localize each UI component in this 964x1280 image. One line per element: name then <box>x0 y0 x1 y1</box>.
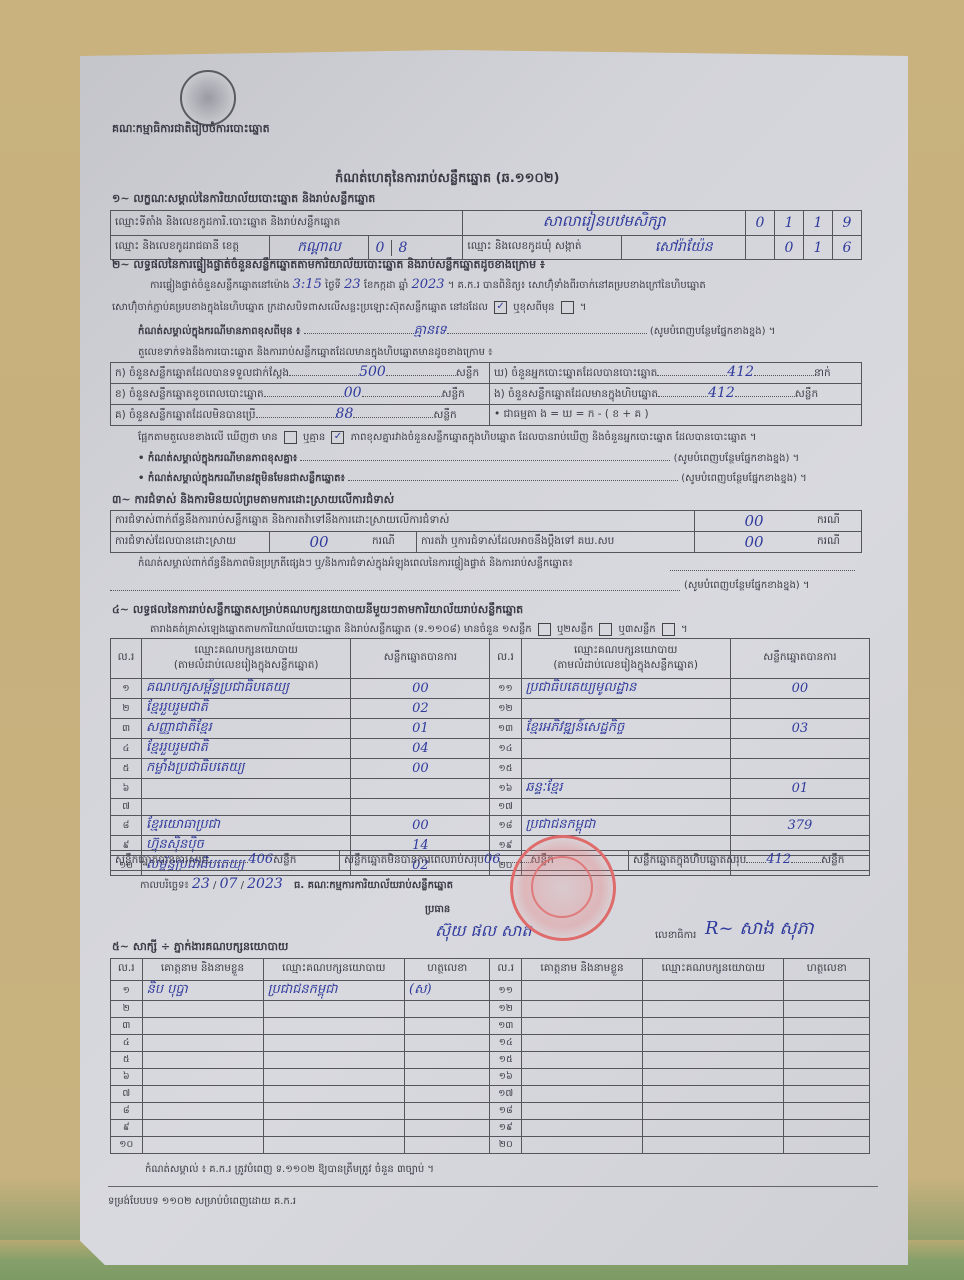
row-number: ៨ <box>111 816 142 836</box>
spoiled-ballots-value: 00 <box>344 385 362 401</box>
table-row: ៣១៣ <box>111 1018 870 1035</box>
table-row: ៧១៧ <box>111 799 870 816</box>
party-name: ប្រជាធិបតេយ្យមូលដ្ឋាន <box>521 679 730 699</box>
witness-party <box>263 1086 404 1103</box>
three-sheet-checkbox[interactable] <box>662 623 675 636</box>
table-row: ៩១៩ <box>111 1120 870 1137</box>
party-name: គណបក្សសម្ព័ន្ធប្រជាធិបតេយ្យ <box>142 679 351 699</box>
row-number: ១ <box>111 679 142 699</box>
footnote: កំណត់សម្គាល់ ៖ គ.ក.រ ត្រូវបំពេញ ទ.១១០២ ឱ… <box>145 1162 434 1177</box>
note-before-value: គ្មានទេ <box>414 323 447 338</box>
objections-table: ការជំទាស់ពាក់ព័ន្ធនឹងការរាប់សន្លឹកឆ្នោត … <box>110 510 862 553</box>
intact-checkbox[interactable]: ✓ <box>494 301 507 314</box>
date-year: 2023 <box>247 876 283 892</box>
party-results-table: ល.រ ឈ្មោះគណបក្សនយោបាយ(តាមលំដាប់លេខរៀងក្ន… <box>110 638 870 876</box>
valid-votes <box>351 779 490 799</box>
valid-votes <box>730 759 869 779</box>
witness-party <box>643 1052 784 1069</box>
witness-name <box>142 1001 263 1018</box>
row-number: ១ <box>111 981 143 1001</box>
row-number: ៥ <box>111 1052 143 1069</box>
witness-name <box>522 1086 643 1103</box>
discrepancy-line: ផ្អែកតាមតួលេខខាងលើ ឃើញថា មាន ឬគ្មាន ✓ ភា… <box>138 430 756 445</box>
witness-name <box>142 1052 263 1069</box>
total-invalid-value: 06 <box>484 852 501 867</box>
station-code-digit: 9 <box>833 211 862 236</box>
figures-intro: តួលេខទាក់ទងនឹងការបោះឆ្នោត និងការរាប់សន្ល… <box>138 345 493 360</box>
org-name: គណៈកម្មាធិការជាតិរៀបចំការបោះឆ្នោត <box>112 122 270 138</box>
valid-votes: 00 <box>351 759 490 779</box>
table-row: ៦១៦ឆន្ទៈខ្មែរ01 <box>111 779 870 799</box>
row-number: ១៥ <box>490 1052 522 1069</box>
party-name <box>521 799 730 816</box>
valid-votes: 04 <box>351 739 490 759</box>
irregularities-note: កំណត់សម្គាល់ពាក់ព័ន្ធនឹងភាពមិនប្រក្រតីផ្… <box>138 556 573 571</box>
witness-name <box>522 1001 643 1018</box>
witness-party <box>643 1001 784 1018</box>
witness-name <box>522 1035 643 1052</box>
row-number: ៣ <box>111 719 142 739</box>
election-form-paper: គណៈកម្មាធិការជាតិរៀបចំការបោះឆ្នោត កំណត់ហ… <box>80 50 908 1265</box>
witness-party <box>263 1001 404 1018</box>
row-number: ១២ <box>490 1001 522 1018</box>
witness-name <box>522 1120 643 1137</box>
secretary-signature: R~ សាង សុភា <box>705 916 814 943</box>
station-name: សាលារៀនបឋមសិក្សា <box>463 211 746 236</box>
form-note: ទម្រង់បែបបទ ១១០២ សម្រាប់បំពេញដោយ គ.ក.រ <box>108 1194 296 1209</box>
witness-signature <box>405 1103 490 1120</box>
verification-year: 2023 <box>411 277 444 292</box>
verification-time: 3:15 <box>293 277 322 292</box>
commune-code-digit: 0 <box>775 236 804 260</box>
party-name <box>142 799 351 816</box>
row-number: ១៨ <box>490 1103 522 1120</box>
committee-name: ធ. គណៈកម្មការការិយាល័យរាប់សន្លឹកឆ្នោត <box>294 880 453 891</box>
table-row: ៦១៦ <box>111 1069 870 1086</box>
two-sheet-checkbox[interactable] <box>599 623 612 636</box>
witness-signature <box>405 1001 490 1018</box>
objections-value: 00 <box>695 511 814 532</box>
witness-name <box>142 1086 263 1103</box>
valid-votes: 01 <box>730 779 869 799</box>
witness-party <box>643 981 784 1001</box>
witness-party <box>643 1069 784 1086</box>
section3-heading: ៣~ ការជំទាស់ និងការមិនយល់ព្រមតាមការដោះស្… <box>112 493 394 509</box>
row-number: ២០ <box>490 1137 522 1154</box>
party-name <box>521 739 730 759</box>
row-number: ២ <box>111 699 142 719</box>
row-number: ១១ <box>490 679 521 699</box>
witness-party <box>643 1086 784 1103</box>
totals-table: សន្លឹកឆ្នោតបានការសរុប406សន្លឹក សន្លឹកឆ្ន… <box>110 850 870 871</box>
witness-signature <box>405 1035 490 1052</box>
witness-signature <box>784 1001 870 1018</box>
commune-code-digit: 6 <box>833 236 862 260</box>
party-name: ខ្មែរអភិវឌ្ឍន៍សេដ្ឋកិច្ច <box>521 719 730 739</box>
ballots-received-value: 500 <box>359 364 386 380</box>
station-label: ឈ្មោះទីតាំង និងលេខកូដការិ.បោះឆ្នោត និងរា… <box>111 211 463 236</box>
province-name: កណ្ដាល <box>270 236 369 260</box>
row-number: ១៧ <box>490 799 521 816</box>
ballot-figures-table: ក) ចំនួនសន្លឹកឆ្នោតដែលបានទទួលជាក់ស្ដែង50… <box>110 362 862 426</box>
witness-signature <box>784 1035 870 1052</box>
row-number: ៧ <box>111 1086 143 1103</box>
note-before-line: កំណត់សម្គាល់ក្នុងករណីមានភាពខុសពីមុន ៖ គ្… <box>138 322 858 341</box>
note-foreign-line: • កំណត់សម្គាល់ក្នុងករណីមានវត្ថុមិនមែនជាស… <box>138 471 858 486</box>
secretary-label: លេខាធិការ <box>655 928 696 943</box>
witness-signature <box>405 1052 490 1069</box>
row-number: ១៧ <box>490 1086 522 1103</box>
row-number: ១៤ <box>490 739 521 759</box>
witness-party <box>263 1137 404 1154</box>
witness-signature <box>405 1086 490 1103</box>
witness-signature <box>784 1137 870 1154</box>
no-diff-checkbox[interactable]: ✓ <box>331 431 344 444</box>
divider <box>108 1186 878 1187</box>
one-sheet-checkbox[interactable] <box>538 623 551 636</box>
valid-votes <box>730 739 869 759</box>
witness-party: ប្រជាជនកម្ពុជា <box>263 981 404 1001</box>
has-diff-checkbox[interactable] <box>284 431 297 444</box>
witness-signature <box>405 1018 490 1035</box>
party-name: សញ្ញាជាតិខ្មែរ <box>142 719 351 739</box>
party-name: ខ្មែររួបរួមជាតិ <box>142 739 351 759</box>
witness-party <box>643 1137 784 1154</box>
valid-votes: 379 <box>730 816 869 836</box>
row-number: ៩ <box>111 1120 143 1137</box>
witness-name <box>142 1103 263 1120</box>
note-diff-line: • កំណត់សម្គាល់ក្នុងករណីមានភាពខុសគ្នា៖ (ស… <box>138 451 858 466</box>
row-number: ៤ <box>111 1035 143 1052</box>
witness-name <box>522 981 643 1001</box>
table-row: ៣សញ្ញាជាតិខ្មែរ01១៣ខ្មែរអភិវឌ្ឍន៍សេដ្ឋកិ… <box>111 719 870 739</box>
table-row: ៤១៤ <box>111 1035 870 1052</box>
row-number: ១២ <box>490 699 521 719</box>
valid-votes: 02 <box>351 699 490 719</box>
row-number: ២ <box>111 1001 143 1018</box>
resolved-label: ការជំទាស់ដែលបានដោះស្រាយ <box>111 532 270 553</box>
witness-name <box>522 1018 643 1035</box>
row-number: ៦ <box>111 1069 143 1086</box>
station-code-digit: 1 <box>775 211 804 236</box>
witness-name <box>142 1120 263 1137</box>
table-row: ២ខ្មែររួបរួមជាតិ02១២ <box>111 699 870 719</box>
witness-signature <box>784 1086 870 1103</box>
table-row: ១គណបក្សសម្ព័ន្ធប្រជាធិបតេយ្យ00១១ប្រជាធិប… <box>111 679 870 699</box>
witness-party <box>643 1120 784 1137</box>
witness-name <box>522 1137 643 1154</box>
table-row: ១០២០ <box>111 1137 870 1154</box>
witness-name <box>142 1035 263 1052</box>
witness-signature <box>784 1103 870 1120</box>
witness-signature <box>784 1069 870 1086</box>
witness-party <box>643 1103 784 1120</box>
party-name <box>142 779 351 799</box>
official-stamp-icon <box>510 835 616 941</box>
witness-signature <box>405 1137 490 1154</box>
table-row: ២១២ <box>111 1001 870 1018</box>
commune-code-digit: 1 <box>804 236 833 260</box>
voters-value: 412 <box>727 364 754 380</box>
witness-signature <box>405 1120 490 1137</box>
section4-heading: ៤~ លទ្ធផលនៃការរាប់សន្លឹកឆ្នោតសម្រាប់គណបក… <box>112 603 523 619</box>
witness-name <box>142 1069 263 1086</box>
chair-signature: ស៊ុយ ផល សាត <box>435 920 532 944</box>
changed-checkbox[interactable] <box>561 301 574 314</box>
witness-signature <box>784 1018 870 1035</box>
witness-party <box>263 1035 404 1052</box>
table-row: ៨ខ្មែរយោធាប្រជា00១៨ប្រជាជនកម្ពុជា379 <box>111 816 870 836</box>
party-name: ប្រជាជនកម្ពុជា <box>521 816 730 836</box>
appeal-label: ការតវ៉ា ឬការជំទាស់ដែលអាចនឹងប្ដឹងទៅ គឃ.សប <box>417 532 695 553</box>
row-number: ១៦ <box>490 779 521 799</box>
witness-party <box>263 1120 404 1137</box>
valid-votes <box>351 799 490 816</box>
party-name: ឆន្ទៈខ្មែរ <box>521 779 730 799</box>
witness-name <box>142 1018 263 1035</box>
witness-signature <box>784 1052 870 1069</box>
row-number: ៤ <box>111 739 142 759</box>
witness-signature <box>784 1120 870 1137</box>
province-code-digit: 0 <box>369 240 392 256</box>
total-box-value: 412 <box>766 852 791 867</box>
objections-label: ការជំទាស់ពាក់ព័ន្ធនឹងការរាប់សន្លឹកឆ្នោត … <box>111 511 695 532</box>
tally-sheet-line: តារាងគត់គ្រាស់ឡេងឆ្នោតតាមការិយាល័យបោះឆ្ន… <box>150 622 688 637</box>
witness-party <box>643 1018 784 1035</box>
table-row: ៤ខ្មែររួបរួមជាតិ04១៤ <box>111 739 870 759</box>
unused-ballots-value: 88 <box>336 406 354 422</box>
witness-name <box>142 1137 263 1154</box>
total-valid-value: 406 <box>248 852 273 867</box>
commune-name: សៅរ៉ាយ៉ែន <box>622 236 746 260</box>
table-row: ៥កម្លាំងប្រជាធិបតេយ្យ00១៥ <box>111 759 870 779</box>
valid-votes: 00 <box>730 679 869 699</box>
row-number: ១០ <box>111 1137 143 1154</box>
commune-label: ឈ្មោះ និងលេខកូដឃុំ សង្កាត់ <box>463 236 622 260</box>
witness-name <box>522 1052 643 1069</box>
party-name: ខ្មែរយោធាប្រជា <box>142 816 351 836</box>
witness-party <box>263 1018 404 1035</box>
row-number: ៨ <box>111 1103 143 1120</box>
witness-party <box>643 1035 784 1052</box>
row-number: ១៨ <box>490 816 521 836</box>
row-number: ១៤ <box>490 1035 522 1052</box>
row-number: ១១ <box>490 981 522 1001</box>
date-day: 23 <box>192 876 210 892</box>
witness-name <box>522 1103 643 1120</box>
appeal-value: 00 <box>695 532 814 553</box>
section5-heading: ៥~ សាក្សី ÷ ភ្នាក់ងារគណបក្សនយោបាយ <box>112 940 288 956</box>
row-number: ៥ <box>111 759 142 779</box>
valid-votes: 01 <box>351 719 490 739</box>
verification-day: 23 <box>344 277 361 292</box>
witness-name <box>522 1069 643 1086</box>
witness-name: និប បុប្ផា <box>142 981 263 1001</box>
witness-signature <box>784 981 870 1001</box>
valid-votes: 00 <box>351 679 490 699</box>
witness-party <box>263 1052 404 1069</box>
valid-votes <box>730 699 869 719</box>
formula: • ជាធម្មតា ង = ឃ = ក - ( ខ + គ ) <box>490 405 862 426</box>
resolved-value: 00 <box>270 532 369 553</box>
party-name: កម្លាំងប្រជាធិបតេយ្យ <box>142 759 351 779</box>
section2-heading: ២~ លទ្ធផលនៃការផ្ទៀងផ្ទាត់ចំនួនសន្លឹកឆ្នោ… <box>112 258 545 274</box>
row-number: ១៦ <box>490 1069 522 1086</box>
station-code-digit: 1 <box>804 211 833 236</box>
table-row: ៥១៥ <box>111 1052 870 1069</box>
valid-votes <box>730 799 869 816</box>
party-name <box>521 759 730 779</box>
date-line: កាលបរិច្ឆេទ៖ 23 / 07 / 2023 ធ. គណៈកម្មកា… <box>140 876 453 893</box>
table-row: ៨១៨ <box>111 1103 870 1120</box>
date-month: 07 <box>220 876 238 892</box>
party-name <box>521 699 730 719</box>
row-number: ១៩ <box>490 1120 522 1137</box>
verification-time-line: ការផ្ទៀងផ្ទាត់ចំនួនសន្លឹកឆ្នោតនៅម៉ោង 3:1… <box>150 277 706 293</box>
form-title: កំណត់ហេតុនៃការរាប់សន្លឹកឆ្នោត (ឆ.១១០២) <box>335 170 559 189</box>
province-label: ឈ្មោះ និងលេខកូដរាជធានី ខេត្ត <box>111 236 270 260</box>
seal-status-line: សោហ៊ុំចាក់ភ្ជាប់គម្របខាងក្នុងនៃហិបឆ្នោត … <box>112 300 587 315</box>
nec-logo-icon <box>180 70 236 126</box>
witness-party <box>263 1069 404 1086</box>
party-name: ខ្មែររួបរួមជាតិ <box>142 699 351 719</box>
section1-heading: ១~ លក្ខណៈសម្គាល់នៃការិយាល័យបោះឆ្នោត និងរ… <box>112 192 375 208</box>
province-code-digit: 8 <box>392 240 414 256</box>
witness-table: ល.រ គោត្តនាម និងនាមខ្លួន ឈ្មោះគណបក្សនយោប… <box>110 958 870 1154</box>
valid-votes: 00 <box>351 816 490 836</box>
ballots-in-box-value: 412 <box>708 385 735 401</box>
row-number: ១៣ <box>490 1018 522 1035</box>
row-number: ៧ <box>111 799 142 816</box>
valid-votes: 03 <box>730 719 869 739</box>
witness-party <box>263 1103 404 1120</box>
station-code-digit: 0 <box>746 211 775 236</box>
row-number: ៦ <box>111 779 142 799</box>
table-row: ១និប បុប្ផាប្រជាជនកម្ពុជា(ស)១១ <box>111 981 870 1001</box>
row-number: ១៣ <box>490 719 521 739</box>
row-number: ៣ <box>111 1018 143 1035</box>
station-id-table: ឈ្មោះទីតាំង និងលេខកូដការិ.បោះឆ្នោត និងរា… <box>110 210 862 260</box>
witness-signature <box>405 1069 490 1086</box>
witness-signature: (ស) <box>405 981 490 1001</box>
chair-label: ប្រធាន <box>425 902 450 917</box>
row-number: ១៥ <box>490 759 521 779</box>
table-row: ៧១៧ <box>111 1086 870 1103</box>
